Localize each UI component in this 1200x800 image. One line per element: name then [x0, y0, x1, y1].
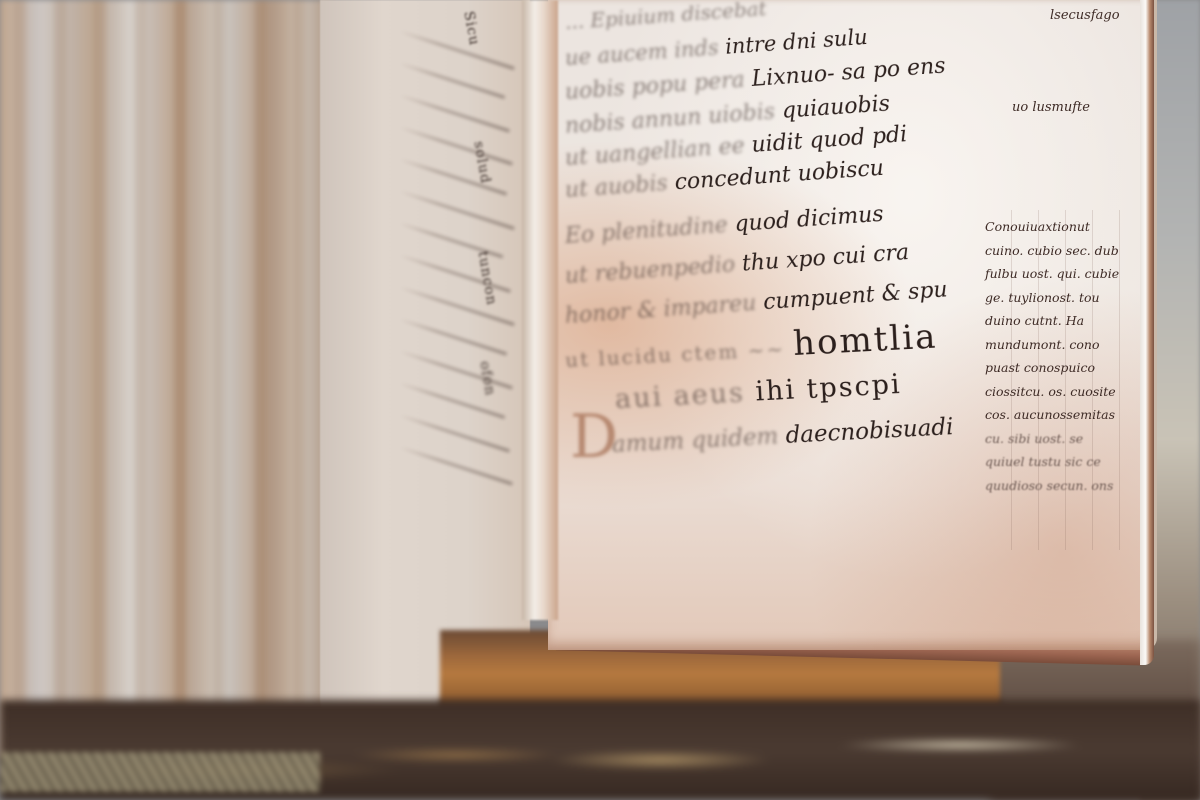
gloss-line: ciossitcu. os. cuosite	[985, 380, 1145, 404]
gloss-line: Conouiuaxtionut	[985, 215, 1145, 239]
gloss-line: cos. aucunossemitas	[985, 403, 1145, 427]
gloss-line: quudioso secun. ons	[985, 474, 1145, 498]
gloss-line: puast conospuico	[985, 356, 1145, 380]
rubric-title: homtlia	[792, 317, 938, 364]
gloss-line: quiuel tustu sic ce	[985, 450, 1145, 474]
marginal-gloss: Conouiuaxtionut cuino. cubio sec. dub fu…	[985, 215, 1145, 555]
braided-cord	[0, 752, 320, 792]
margin-note-top: lsecusfago	[1050, 8, 1120, 23]
gloss-line: ge. tuylionost. tou	[985, 286, 1145, 310]
margin-note-side: uo lusmufte	[1012, 100, 1090, 115]
gloss-line: cuino. cubio sec. dub	[985, 239, 1145, 263]
gloss-line: fulbu uost. qui. cubie	[985, 262, 1145, 286]
left-page-text	[400, 0, 525, 500]
gloss-line: mundumont. cono	[985, 333, 1145, 357]
blurred-page-block	[0, 0, 330, 760]
gloss-line: cu. sibi uost. se	[985, 427, 1145, 451]
book-gutter	[522, 0, 558, 620]
manuscript-photo: Sicu solud tuncon ofon ... Epiuium disce…	[0, 0, 1200, 800]
gloss-line: duino cutnt. Ha	[985, 309, 1145, 333]
